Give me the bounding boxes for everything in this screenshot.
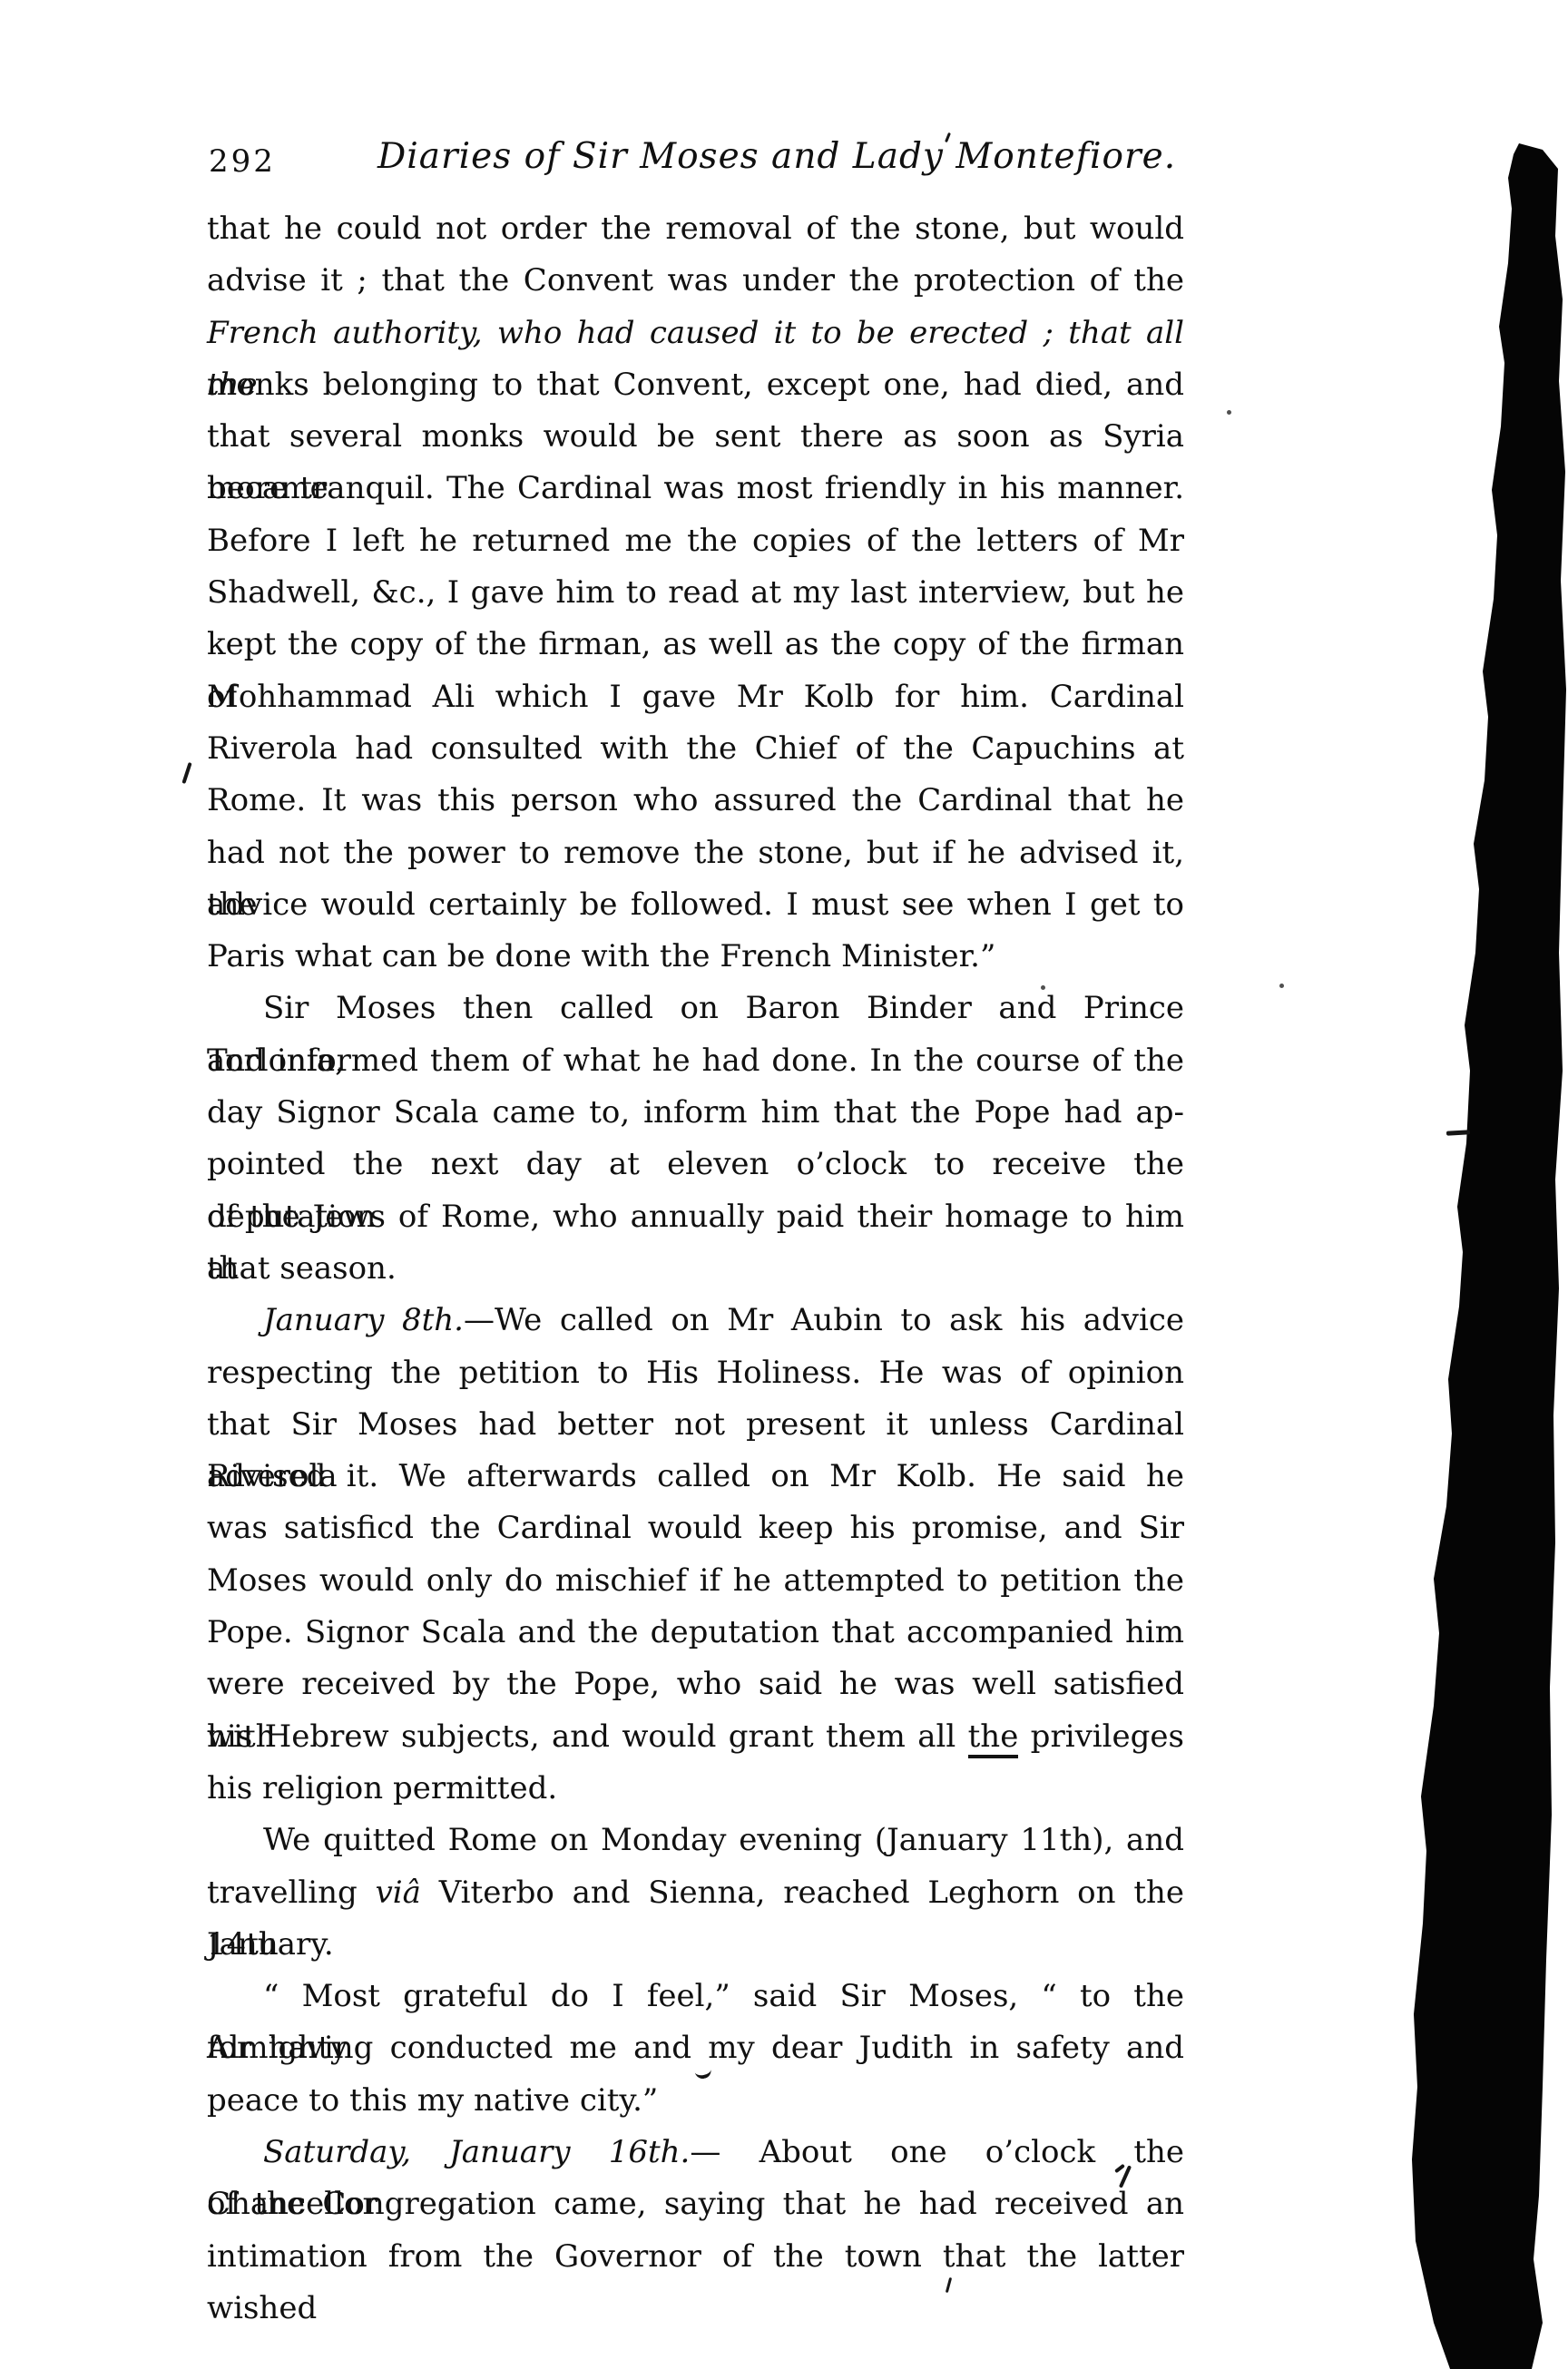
text-line: day Signor Scala came to, inform him tha…	[207, 1087, 1184, 1139]
text-line: Before I left he returned me the copies …	[207, 515, 1184, 567]
text-run: and informed them of what he had done. I…	[207, 1043, 1184, 1079]
text-line: peace to this my native city.”	[207, 2075, 1184, 2127]
text-run: January.	[207, 1926, 334, 1963]
text-line: travelling viâ Viterbo and Sienna, reach…	[207, 1867, 1184, 1919]
text-line: for having conducted me and my dear Judi…	[207, 2022, 1184, 2074]
ink-dot	[1279, 984, 1284, 988]
text-run: that he could not order the removal of t…	[207, 210, 1184, 247]
text-block: that he could not order the removal of t…	[207, 203, 1184, 2283]
ink-mark	[181, 762, 191, 784]
text-line: his Hebrew subjects, and would grant the…	[207, 1711, 1184, 1763]
text-line: Shadwell, &c., I gave him to read at my …	[207, 567, 1184, 619]
text-line: that several monks would be sent there a…	[207, 411, 1184, 463]
text-line: Moses would only do mischief if he attem…	[207, 1555, 1184, 1607]
text-line: Mohhammad Ali which I gave Mr Kolb for h…	[207, 671, 1184, 723]
text-line: had not the power to remove the stone, b…	[207, 827, 1184, 879]
ink-dot	[1041, 985, 1045, 990]
text-line: his religion permitted.	[207, 1763, 1184, 1815]
text-line: was satisficd the Cardinal would keep hi…	[207, 1503, 1184, 1554]
text-run: more tranquil. The Cardinal was most fri…	[207, 470, 1184, 506]
text-line: kept the copy of the firman, as well as …	[207, 619, 1184, 671]
text-line: Saturday, January 16th.— About one o’clo…	[207, 2127, 1184, 2178]
text-line: Sir Moses then called on Baron Binder an…	[207, 983, 1184, 1034]
text-line: “ Most grateful do I feel,” said Sir Mos…	[207, 1971, 1184, 2022]
text-line: advised it. We afterwards called on Mr K…	[207, 1451, 1184, 1503]
text-run: advised it. We afterwards called on Mr K…	[207, 1458, 1184, 1494]
text-run: that season.	[207, 1250, 397, 1287]
ink-mark	[1446, 1130, 1470, 1135]
text-run: Before I left he returned me the copies …	[207, 523, 1184, 559]
text-run: Moses would only do mischief if he attem…	[207, 1562, 1184, 1599]
italic-run: January 8th.	[263, 1302, 464, 1338]
text-run: was satisficd the Cardinal would keep hi…	[207, 1510, 1184, 1546]
book-page: 292 Diaries of Sir Moses and Lady Montef…	[0, 0, 1568, 2369]
text-line: Pope. Signor Scala and the deputation th…	[207, 1607, 1184, 1659]
text-line: that Sir Moses had better not present it…	[207, 1399, 1184, 1451]
text-run: We quitted Rome on Monday evening (Janua…	[263, 1822, 1184, 1858]
text-line: pointed the next day at eleven o’clock t…	[207, 1139, 1184, 1190]
text-line: of the Congregation came, saying that he…	[207, 2178, 1184, 2230]
text-run: respecting the petition to His Holiness.…	[207, 1355, 1184, 1391]
text-run: of the Congregation came, saying that he…	[207, 2186, 1184, 2222]
italic-run: Saturday, January 16th.	[263, 2134, 690, 2170]
italic-run: viâ	[376, 1875, 421, 1911]
text-line: We quitted Rome on Monday evening (Janua…	[207, 1815, 1184, 1866]
text-line: January 8th.—We called on Mr Aubin to as…	[207, 1295, 1184, 1346]
text-run: Pope. Signor Scala and the deputation th…	[207, 1614, 1184, 1650]
text-line: Paris what can be done with the French M…	[207, 931, 1184, 983]
text-run: day Signor Scala came to, inform him tha…	[207, 1094, 1184, 1131]
text-run: monks belonging to that Convent, except …	[207, 367, 1184, 403]
text-run: intimation from the Governor of the town…	[207, 2238, 1184, 2326]
text-run: travelling	[207, 1875, 376, 1911]
text-line: Riverola had consulted with the Chief of…	[207, 723, 1184, 775]
text-line: advice would certainly be followed. I mu…	[207, 879, 1184, 931]
text-run: —We called on Mr Aubin to ask his advice	[464, 1302, 1184, 1338]
text-line: that season.	[207, 1243, 1184, 1295]
text-line: January.	[207, 1919, 1184, 1971]
text-run: for having conducted me and my dear Judi…	[207, 2030, 1184, 2066]
text-run: Mohhammad Ali which I gave Mr Kolb for h…	[207, 679, 1184, 715]
ink-dot	[1227, 410, 1231, 415]
text-run: privileges	[1018, 1718, 1184, 1755]
text-run: advice would certainly be followed. I mu…	[207, 886, 1184, 923]
page-header-title: Diaries of Sir Moses and Lady Montefiore…	[377, 136, 1176, 177]
text-line: and informed them of what he had done. I…	[207, 1035, 1184, 1087]
text-line: French authority, who had caused it to b…	[207, 308, 1184, 359]
text-run: peace to this my native city.”	[207, 2082, 658, 2119]
text-run: Riverola had consulted with the Chief of…	[207, 730, 1184, 767]
text-run: his religion permitted.	[207, 1770, 557, 1806]
text-line: intimation from the Governor of the town…	[207, 2231, 1184, 2283]
underlined-word: the	[968, 1718, 1019, 1758]
running-header: 292 Diaries of Sir Moses and Lady Montef…	[207, 136, 1184, 194]
text-line: monks belonging to that Convent, except …	[207, 359, 1184, 411]
text-line: of the Jews of Rome, who annually paid t…	[207, 1191, 1184, 1243]
text-line: were received by the Pope, who said he w…	[207, 1659, 1184, 1710]
text-line: respecting the petition to His Holiness.…	[207, 1347, 1184, 1399]
text-line: more tranquil. The Cardinal was most fri…	[207, 463, 1184, 514]
text-line: that he could not order the removal of t…	[207, 203, 1184, 255]
text-line: advise it ; that the Convent was under t…	[207, 255, 1184, 307]
text-run: Paris what can be done with the French M…	[207, 938, 995, 974]
text-run: Rome. It was this person who assured the…	[207, 782, 1184, 818]
text-run: his Hebrew subjects, and would grant the…	[207, 1718, 968, 1755]
text-line: Rome. It was this person who assured the…	[207, 775, 1184, 827]
page-number: 292	[209, 143, 276, 180]
text-run: Shadwell, &c., I gave him to read at my …	[207, 574, 1184, 611]
text-run: advise it ; that the Convent was under t…	[207, 262, 1184, 299]
